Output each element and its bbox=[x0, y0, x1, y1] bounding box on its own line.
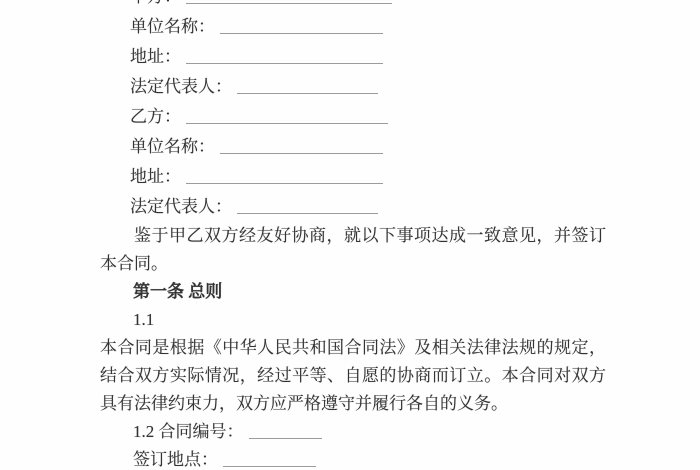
legal-rep-a-blank-line bbox=[237, 79, 378, 94]
contract-document-page: 甲方： 单位名称： 地址： 法定代表人： 乙方： 单位名称： 地址： 法定代表人… bbox=[0, 0, 700, 470]
signing-place-label: 签订地点： bbox=[133, 450, 218, 469]
clause-1-1-number: 1.1 bbox=[100, 306, 606, 334]
legal-rep-b-blank-line bbox=[237, 199, 378, 214]
contract-number-blank-line bbox=[249, 424, 322, 439]
party-a-blank-line bbox=[186, 0, 392, 4]
article-1-heading: 第一条 总则 bbox=[100, 278, 606, 306]
company-name-a-label: 单位名称： bbox=[130, 17, 215, 36]
address-b-blank-line bbox=[186, 169, 383, 184]
company-name-b-blank-line bbox=[220, 139, 383, 154]
company-name-a-blank-line bbox=[220, 19, 383, 34]
party-b-blank-line bbox=[186, 109, 388, 124]
field-row-party-a: 甲方： bbox=[100, 0, 606, 12]
clause-1-1-text: 本合同是根据《中华人民共和国合同法》及相关法律法规的规定，结合双方实际情况，经过… bbox=[100, 334, 606, 418]
signing-place-blank-line bbox=[223, 452, 316, 467]
contract-number-label: 1.2 合同编号： bbox=[133, 422, 244, 441]
legal-rep-b-label: 法定代表人： bbox=[130, 197, 232, 216]
field-row-legal-rep-b: 法定代表人： bbox=[100, 192, 606, 222]
field-row-address-a: 地址： bbox=[100, 42, 606, 72]
field-row-party-b: 乙方： bbox=[100, 102, 606, 132]
field-row-legal-rep-a: 法定代表人： bbox=[100, 72, 606, 102]
document-content: 甲方： 单位名称： 地址： 法定代表人： 乙方： 单位名称： 地址： 法定代表人… bbox=[100, 0, 606, 470]
party-fields-section: 甲方： 单位名称： 地址： 法定代表人： 乙方： 单位名称： 地址： 法定代表人… bbox=[100, 0, 606, 222]
signing-place-row: 签订地点： bbox=[100, 446, 606, 470]
field-row-company-name-a: 单位名称： bbox=[100, 12, 606, 42]
field-row-company-name-b: 单位名称： bbox=[100, 132, 606, 162]
contract-number-row: 1.2 合同编号： bbox=[100, 418, 606, 446]
address-a-label: 地址： bbox=[130, 47, 181, 66]
company-name-b-label: 单位名称： bbox=[130, 137, 215, 156]
intro-paragraph: 鉴于甲乙双方经友好协商，就以下事项达成一致意见，并签订本合同。 bbox=[100, 222, 606, 278]
field-row-address-b: 地址： bbox=[100, 162, 606, 192]
party-a-label: 甲方： bbox=[130, 0, 181, 6]
contract-body-section: 鉴于甲乙双方经友好协商，就以下事项达成一致意见，并签订本合同。 第一条 总则 1… bbox=[100, 222, 606, 470]
party-b-label: 乙方： bbox=[130, 107, 181, 126]
legal-rep-a-label: 法定代表人： bbox=[130, 77, 232, 96]
address-a-blank-line bbox=[186, 49, 383, 64]
address-b-label: 地址： bbox=[130, 167, 181, 186]
